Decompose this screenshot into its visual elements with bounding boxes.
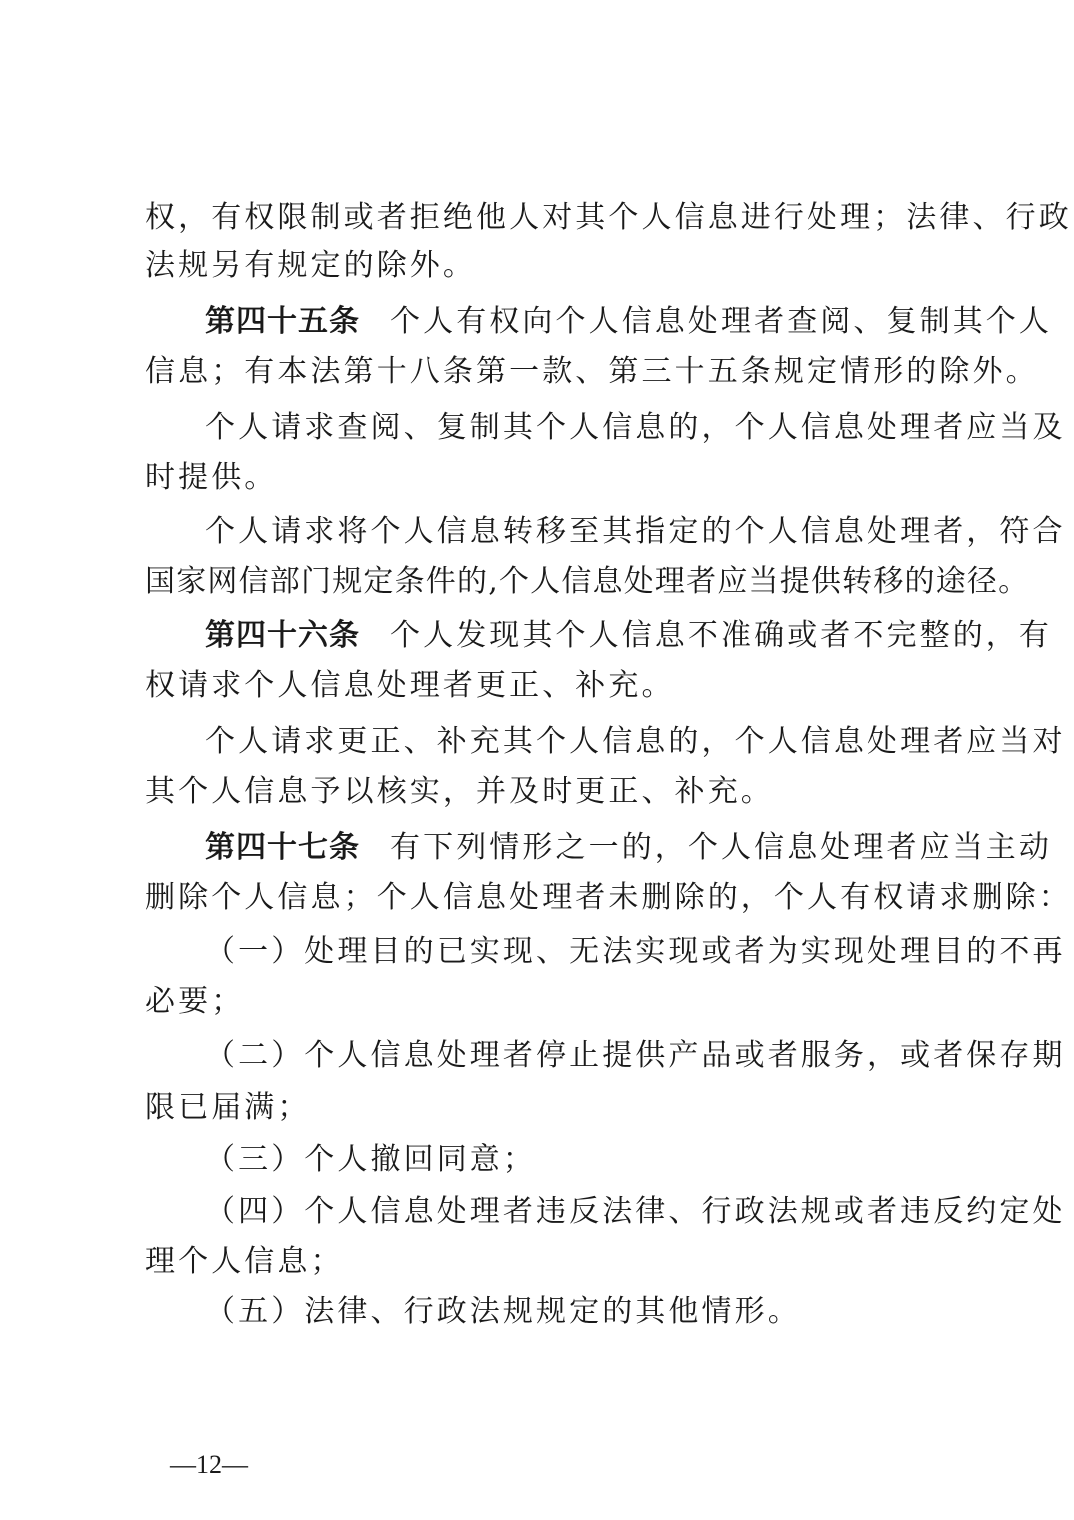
document-page: 权，有权限制或者拒绝他人对其个人信息进行处理；法律、行政 法规另有规定的除外。 … bbox=[0, 0, 1074, 1520]
paragraph-line: 个人请求查阅、复制其个人信息的，个人信息处理者应当及 bbox=[145, 408, 1005, 448]
page-number: —12— bbox=[170, 1450, 248, 1480]
text-line: 理个人信息； bbox=[145, 1242, 945, 1282]
text-line: 时提供。 bbox=[145, 458, 945, 498]
paragraph-line: 个人请求更正、补充其个人信息的，个人信息处理者应当对 bbox=[145, 722, 1005, 762]
paragraph-line: 个人请求将个人信息转移至其指定的个人信息处理者，符合 bbox=[145, 512, 1005, 552]
text-line: 限已届满； bbox=[145, 1088, 945, 1128]
list-item-5: （五）法律、行政法规规定的其他情形。 bbox=[145, 1292, 1005, 1332]
text-line: 信息；有本法第十八条第一款、第三十五条规定情形的除外。 bbox=[145, 352, 945, 392]
article-text: 个人发现其个人信息不准确或者不完整的，有 bbox=[390, 618, 1052, 653]
article-heading: 第四十六条 bbox=[205, 618, 360, 653]
text-line: 权，有权限制或者拒绝他人对其个人信息进行处理；法律、行政 bbox=[145, 198, 945, 238]
article-47-line: 第四十七条有下列情形之一的，个人信息处理者应当主动 bbox=[145, 828, 1005, 868]
article-text: 个人有权向个人信息处理者查阅、复制其个人 bbox=[390, 304, 1052, 339]
list-item-4: （四）个人信息处理者违反法律、行政法规或者违反约定处 bbox=[145, 1192, 1005, 1232]
text-line: 法规另有规定的除外。 bbox=[145, 246, 945, 286]
article-heading: 第四十五条 bbox=[205, 304, 360, 339]
list-item-1: （一）处理目的已实现、无法实现或者为实现处理目的不再 bbox=[145, 932, 1005, 972]
text-line: 删除个人信息；个人信息处理者未删除的，个人有权请求删除： bbox=[145, 878, 945, 918]
list-item-3: （三）个人撤回同意； bbox=[145, 1140, 1005, 1180]
text-line: 权请求个人信息处理者更正、补充。 bbox=[145, 666, 945, 706]
text-line: 其个人信息予以核实，并及时更正、补充。 bbox=[145, 772, 945, 812]
article-45-line: 第四十五条个人有权向个人信息处理者查阅、复制其个人 bbox=[145, 302, 1005, 342]
article-text: 有下列情形之一的，个人信息处理者应当主动 bbox=[390, 830, 1052, 865]
article-heading: 第四十七条 bbox=[205, 830, 360, 865]
list-item-2: （二）个人信息处理者停止提供产品或者服务，或者保存期 bbox=[145, 1036, 1005, 1076]
text-line: 必要； bbox=[145, 982, 945, 1022]
text-line: 国家网信部门规定条件的,个人信息处理者应当提供转移的途径。 bbox=[145, 562, 945, 602]
article-46-line: 第四十六条个人发现其个人信息不准确或者不完整的，有 bbox=[145, 616, 1005, 656]
